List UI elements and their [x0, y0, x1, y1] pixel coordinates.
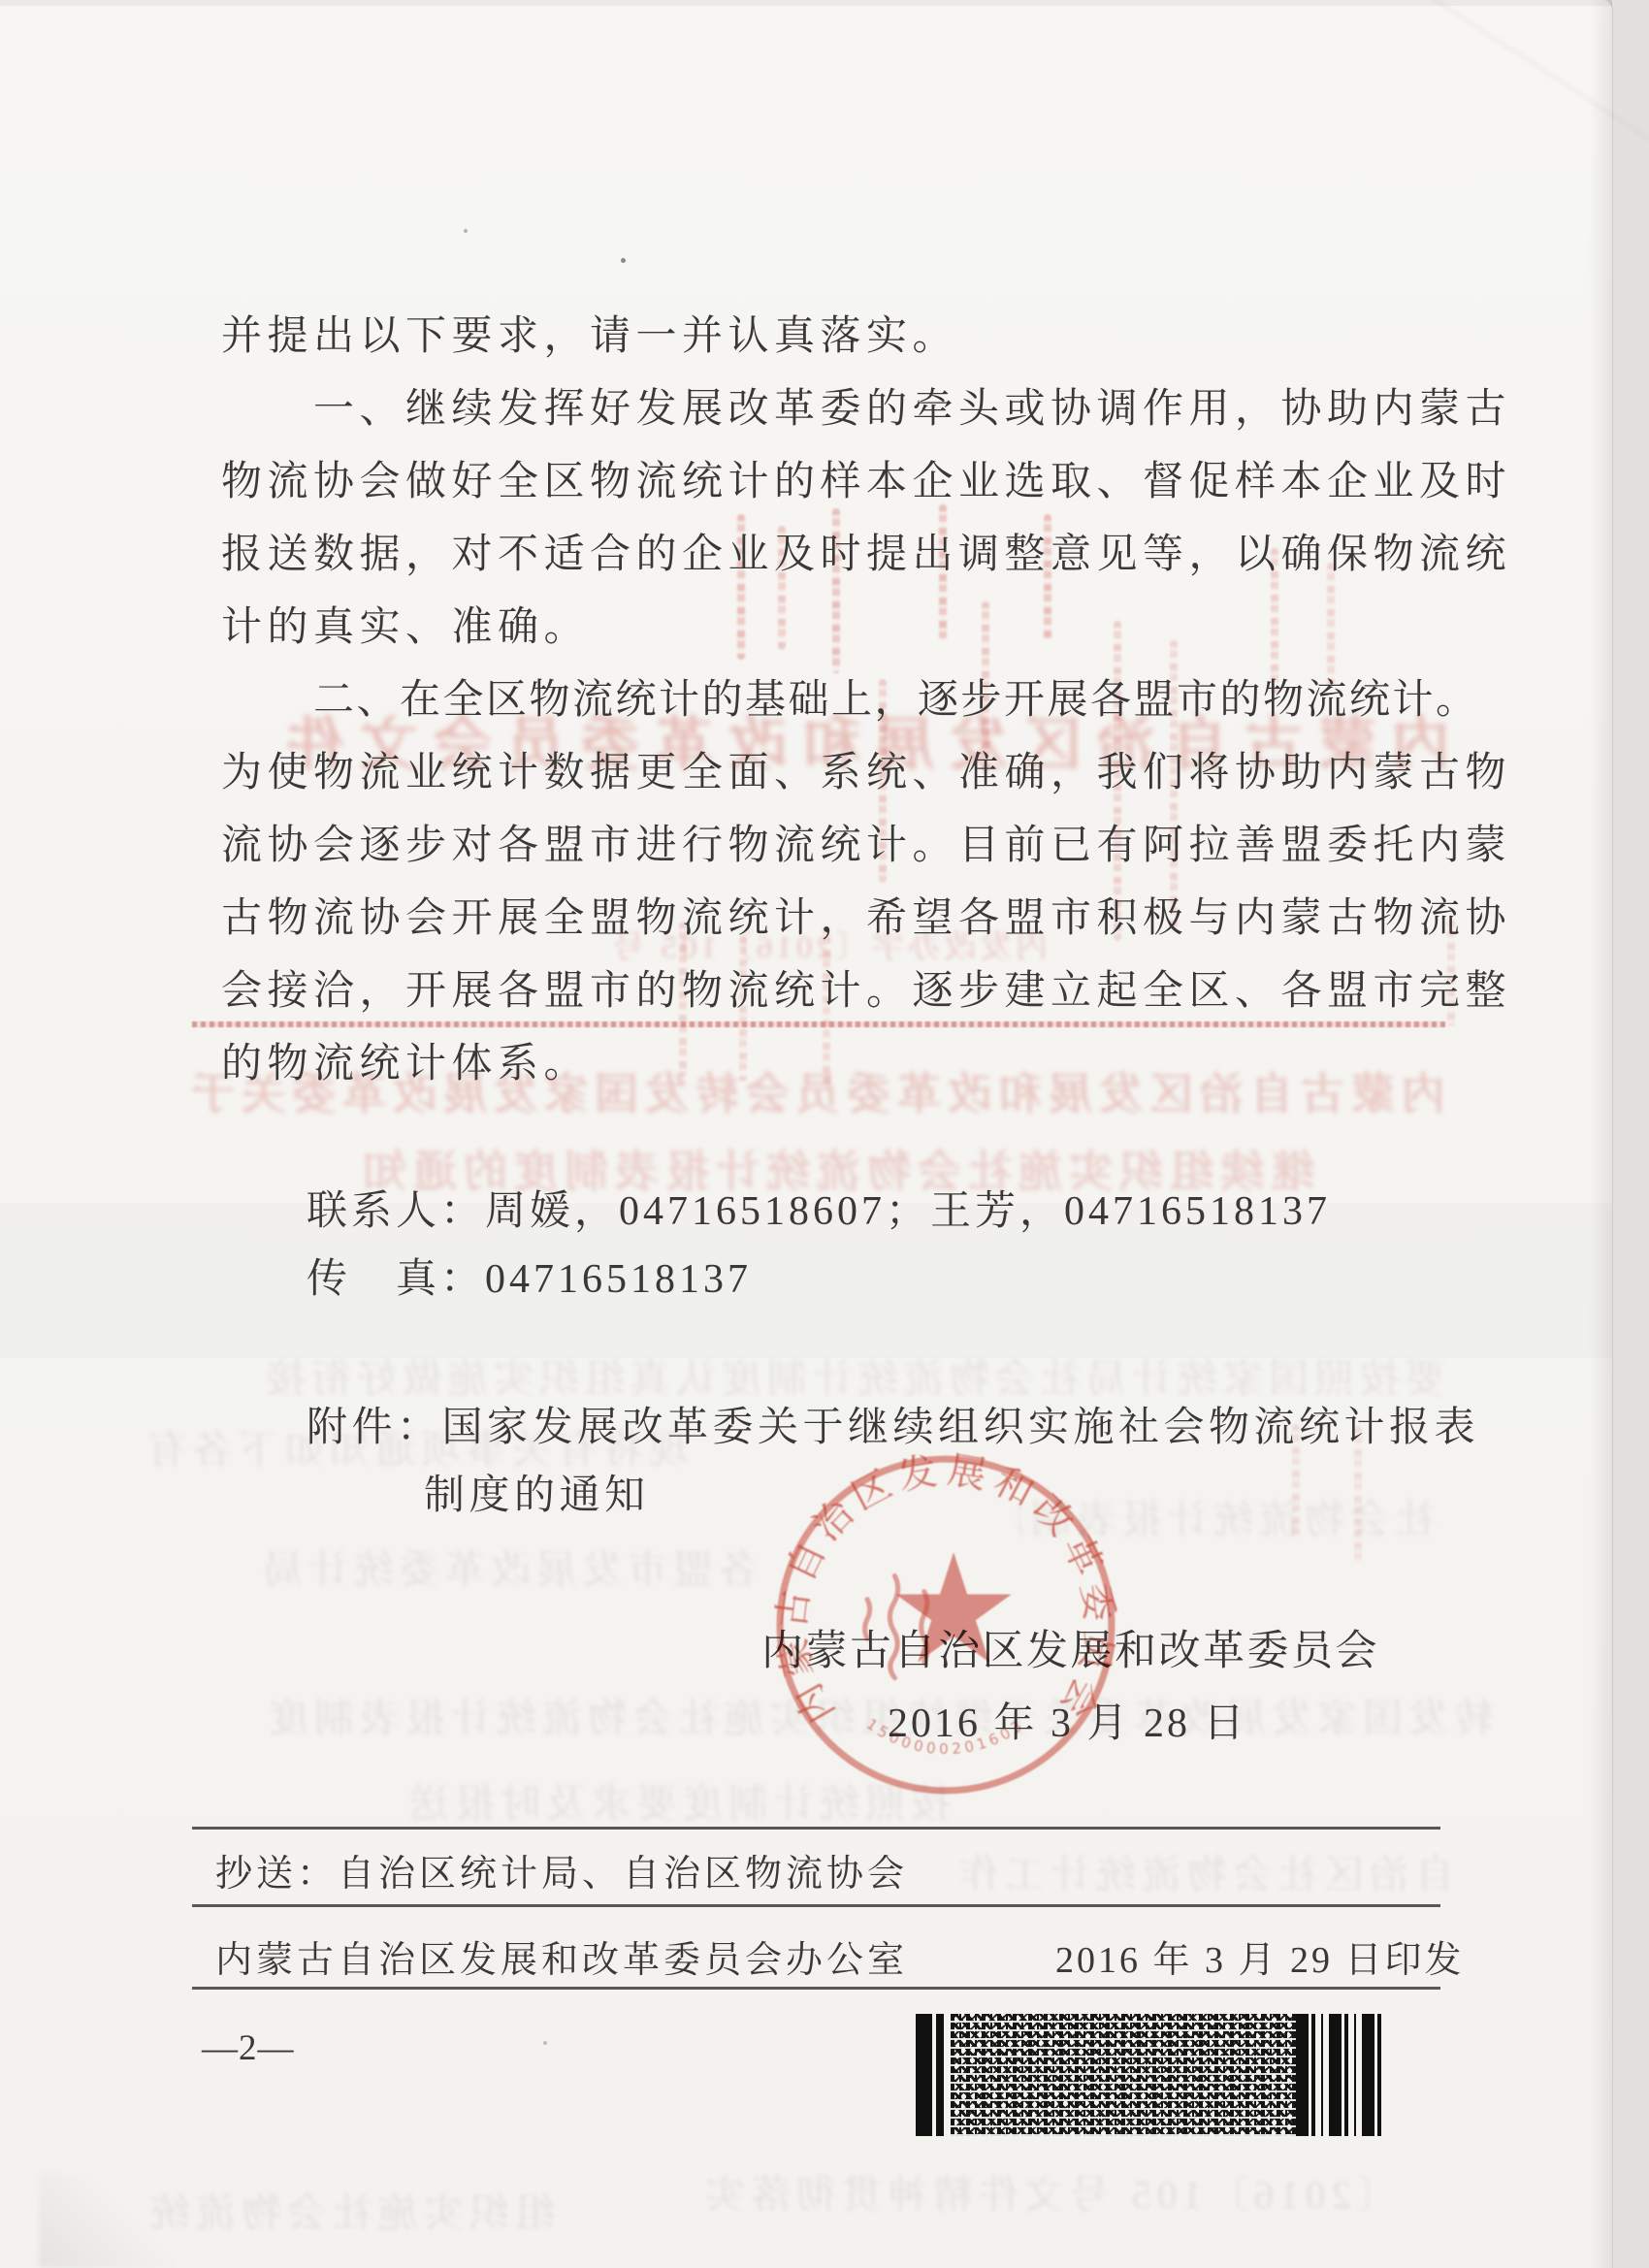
signature-organization: 内蒙古自治区发展和改革委员会: [761, 1618, 1379, 1686]
print-date: 2016 年 3 月 29 日印发: [1055, 1936, 1465, 1985]
attachment-line2: 制度的通知: [424, 1462, 650, 1530]
body-line: 流协会逐步对各盟市进行物流统计。目前已有阿拉善盟委托内蒙: [221, 810, 1502, 883]
scan-speck: [543, 2041, 547, 2045]
scan-speck: [464, 229, 468, 233]
footer-rule-bottom: [192, 1987, 1440, 1990]
scanned-document-page: { "document": { "body_lines": [ {"text":…: [0, 0, 1649, 2268]
fax-line: 传 真：04716518137: [307, 1246, 1331, 1313]
page-number: —2—: [202, 2025, 295, 2072]
body-text: 并提出以下要求，请一并认真落实。 一、继续发挥好发展改革委的牵头或协调作用，协助…: [221, 301, 1502, 1101]
barcode-stop-pattern: [1296, 2014, 1383, 2136]
body-line: 并提出以下要求，请一并认真落实。: [221, 301, 1502, 373]
issuing-office: 内蒙古自治区发展和改革委员会办公室: [215, 1936, 908, 1985]
barcode-data-pattern: [951, 2014, 1296, 2136]
footer-rule-top: [192, 1827, 1440, 1830]
body-line: 报送数据，对不适合的企业及时提出调整意见等，以确保物流统: [221, 519, 1502, 592]
attachment-line1: 附件：国家发展改革委关于继续组织实施社会物流统计报表: [307, 1394, 1479, 1462]
contact-person-line: 联系人：周媛，04716518607；王芳，04716518137: [307, 1178, 1331, 1246]
body-line: 计的真实、准确。: [221, 592, 1502, 664]
signature-date: 2016 年 3 月 28 日: [888, 1690, 1247, 1758]
cc-line: 抄送：自治区统计局、自治区物流协会: [215, 1850, 908, 1898]
body-line: 物流协会做好全区物流统计的样本企业选取、督促样本企业及时: [221, 446, 1502, 519]
barcode-start-pattern: [916, 2014, 951, 2136]
body-line: 古物流协会开展全盟物流统计，希望各盟市积极与内蒙古物流协: [221, 883, 1502, 956]
body-line: 的物流统计体系。: [221, 1028, 1502, 1101]
contact-block: 联系人：周媛，04716518607；王芳，04716518137 传 真：04…: [307, 1178, 1331, 1313]
body-line: 会接洽，开展各盟市的物流统计。逐步建立起全区、各盟市完整: [221, 956, 1502, 1028]
document-barcode: [916, 2014, 1383, 2136]
body-line: 二、在全区物流统计的基础上，逐步开展各盟市的物流统计。: [221, 664, 1502, 737]
footer-rule-middle: [192, 1904, 1440, 1907]
body-line: 一、继续发挥好发展改革委的牵头或协调作用，协助内蒙古: [221, 373, 1502, 446]
scan-speck: [621, 258, 626, 263]
body-line: 为使物流业统计数据更全面、系统、准确，我们将协助内蒙古物: [221, 737, 1502, 810]
